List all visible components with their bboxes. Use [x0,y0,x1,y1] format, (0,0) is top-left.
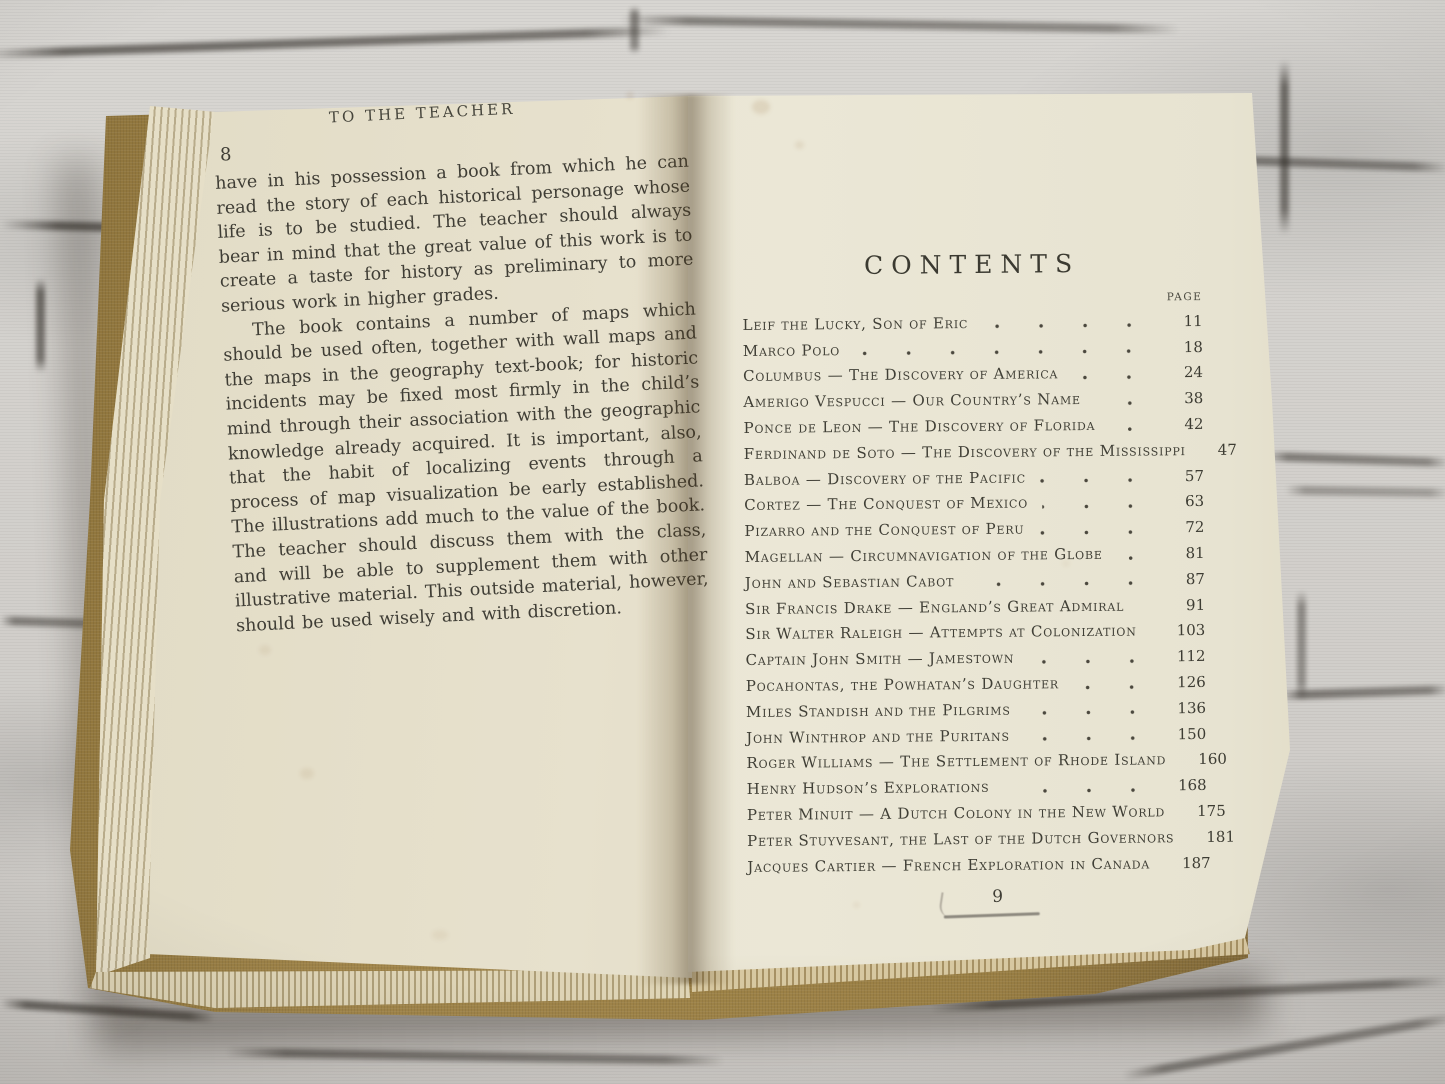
toc-entry-page: 168 [1163,776,1207,794]
toc-entry: Sir Walter Raleigh — Attempts at Coloniz… [745,618,1205,648]
toc-leader-dots [1179,813,1189,818]
foxing-spot [752,100,770,114]
toc-leader-dots [1072,374,1151,380]
toc-list: Leif the Lucky, Son of Eric11Marco Polo1… [743,308,1208,880]
toc-entry-title: Captain John Smith — Jamestown [745,649,1014,669]
toc-leader-dots [982,323,1151,329]
foxing-spot [795,141,804,149]
toc-entry-title: John Winthrop and the Puritans [746,726,1010,746]
toc-leader-dots [1200,451,1210,456]
open-book: TO THE TEACHER 8 have in his possession … [0,0,1445,1084]
toc-entry: Henry Hudson’s Explorations168 [747,772,1207,802]
toc-entry-page: 150 [1162,725,1206,743]
toc-entry-title: Henry Hudson’s Explorations [747,778,990,798]
toc-entry: Miles Standish and the Pilgrims136 [746,695,1206,725]
toc-leader-dots [1073,684,1154,690]
book-photo: TO THE TEACHER 8 have in his possession … [0,0,1445,1084]
toc-entry-page: 81 [1161,544,1205,562]
foxing-spot [626,92,634,99]
toc-entry-page: 136 [1162,699,1206,717]
toc-entry: Amerigo Vespucci — Our Country’s Name38 [743,385,1203,415]
toc-entry-title: Jacques Cartier — French Exploration in … [747,854,1150,876]
toc-entry-page: 91 [1161,596,1205,614]
toc-entry-title: Cortez — The Conquest of Mexico [744,494,1028,514]
toc-leader-dots [1003,787,1154,793]
page-column-label: PAGE [742,291,1202,307]
toc-entry-title: Ferdinand de Soto — The Discovery of the… [744,441,1186,463]
toc-entry: Leif the Lucky, Son of Eric11 [743,308,1203,338]
toc-entry-page: 175 [1197,802,1226,820]
toc-leader-dots [854,349,1151,357]
toc-entry-title: Peter Stuyvesant, the Last of the Dutch … [747,828,1174,850]
toc-entry: Cortez — The Conquest of Mexico63 [744,489,1204,519]
contents-heading: CONTENTS [742,248,1202,281]
toc-leader-dots [968,581,1153,588]
foxing-spot [300,768,314,779]
pencil-underline [944,912,1040,918]
toc-entry-title: Columbus — The Discovery of America [743,365,1058,386]
toc-entry-page: 63 [1160,492,1204,510]
toc-entry-title: Sir Walter Raleigh — Attempts at Coloniz… [745,622,1136,643]
toc-entry: Peter Stuyvesant, the Last of the Dutch … [747,824,1207,854]
toc-leader-dots [1095,400,1152,405]
toc-leader-dots [1117,555,1153,560]
toc-entry-title: Miles Standish and the Pilgrims [746,701,1011,721]
toc-entry-title: John and Sebastian Cabot [745,572,954,592]
toc-leader-dots [1188,838,1198,843]
toc-leader-dots [1180,761,1190,766]
toc-entry: Pizarro and the Conquest of Peru72 [744,514,1204,544]
left-page-text: have in his possession a book from which… [215,150,710,639]
toc-entry: John and Sebastian Cabot87 [745,566,1205,596]
toc-leader-dots [1040,478,1152,484]
toc-entry-page: 112 [1161,647,1205,665]
toc-entry: Balboa — Discovery of the Pacific57 [744,463,1204,493]
paragraph: have in his possession a book from which… [215,150,695,320]
left-page-number: 8 [219,144,231,166]
toc-entry-page: 18 [1159,338,1203,356]
toc-entry: Ferdinand de Soto — The Discovery of the… [744,437,1204,467]
toc-entry-page: 72 [1160,518,1204,536]
toc-entry-title: Leif the Lucky, Son of Eric [743,314,969,334]
toc-entry-title: Peter Minuit — A Dutch Colony in the New… [747,802,1165,824]
toc-leader-dots [1038,529,1152,535]
toc-entry: Marco Polo18 [743,334,1203,364]
toc-leader-dots [1025,710,1154,716]
toc-leader-dots [1028,658,1153,664]
toc-entry: Ponce de Leon — The Discovery of Florida… [743,411,1203,441]
toc-entry-page: 87 [1161,570,1205,588]
toc-leader-dots [1109,426,1151,431]
toc-entry-page: 181 [1206,828,1235,846]
toc-entry: Pocahontas, the Powhatan’s Daughter126 [746,669,1206,699]
toc-leader-dots [1151,632,1161,637]
toc-entry-title: Pizarro and the Conquest of Peru [744,520,1024,540]
running-head: TO THE TEACHER [212,94,632,132]
left-page-content: TO THE TEACHER 8 have in his possession … [212,92,710,639]
right-page-content: CONTENTS PAGE Leif the Lucky, Son of Eri… [742,248,1208,929]
foxing-spot [1062,560,1070,567]
toc-leader-dots [1024,736,1155,742]
toc-entry-title: Magellan — Circumnavigation of the Globe [745,545,1103,566]
toc-entry: Magellan — Circumnavigation of the Globe… [745,540,1205,570]
toc-entry-page: 11 [1159,312,1203,330]
foxing-spot [259,645,271,655]
toc-entry-page: 24 [1159,363,1203,381]
toc-entry-title: Sir Francis Drake — England’s Great Admi… [745,596,1124,617]
toc-entry-page: 38 [1159,389,1203,407]
toc-entry: Jacques Cartier — French Exploration in … [747,850,1207,880]
foxing-spot [853,902,860,908]
toc-entry: Columbus — The Discovery of America24 [743,360,1203,390]
toc-entry: Captain John Smith — Jamestown112 [745,643,1205,673]
toc-entry: Sir Francis Drake — England’s Great Admi… [745,592,1205,622]
toc-leader-dots [1164,864,1174,869]
right-page-number: 9 [948,886,1048,907]
toc-leader-dots [1042,503,1152,509]
toc-leader-dots [1138,607,1153,612]
paragraph: The book contains a number of maps which… [222,297,711,639]
toc-entry-page: 126 [1162,673,1206,691]
toc-entry-page: 42 [1159,415,1203,433]
toc-entry-title: Ponce de Leon — The Discovery of Florida [743,416,1095,437]
gutter-shadow [638,94,734,984]
toc-entry-title: Balboa — Discovery of the Pacific [744,468,1026,488]
toc-entry-title: Roger Williams — The Settlement of Rhode… [746,751,1166,773]
foxing-spot [432,930,448,940]
toc-entry: John Winthrop and the Puritans150 [746,721,1206,751]
toc-entry-page: 57 [1160,467,1204,485]
toc-entry-page: 103 [1169,621,1206,639]
toc-entry: Roger Williams — The Settlement of Rhode… [746,747,1206,777]
toc-entry-title: Marco Polo [743,341,840,360]
pencil-mark [938,892,955,918]
toc-entry-page: 47 [1218,441,1237,459]
toc-entry-title: Amerigo Vespucci — Our Country’s Name [743,390,1081,411]
right-page-number-block: 9 [748,884,1208,928]
toc-entry-title: Pocahontas, the Powhatan’s Daughter [746,674,1059,695]
toc-entry-page: 187 [1182,854,1211,872]
toc-entry: Peter Minuit — A Dutch Colony in the New… [747,798,1207,828]
toc-entry-page: 160 [1198,750,1227,768]
